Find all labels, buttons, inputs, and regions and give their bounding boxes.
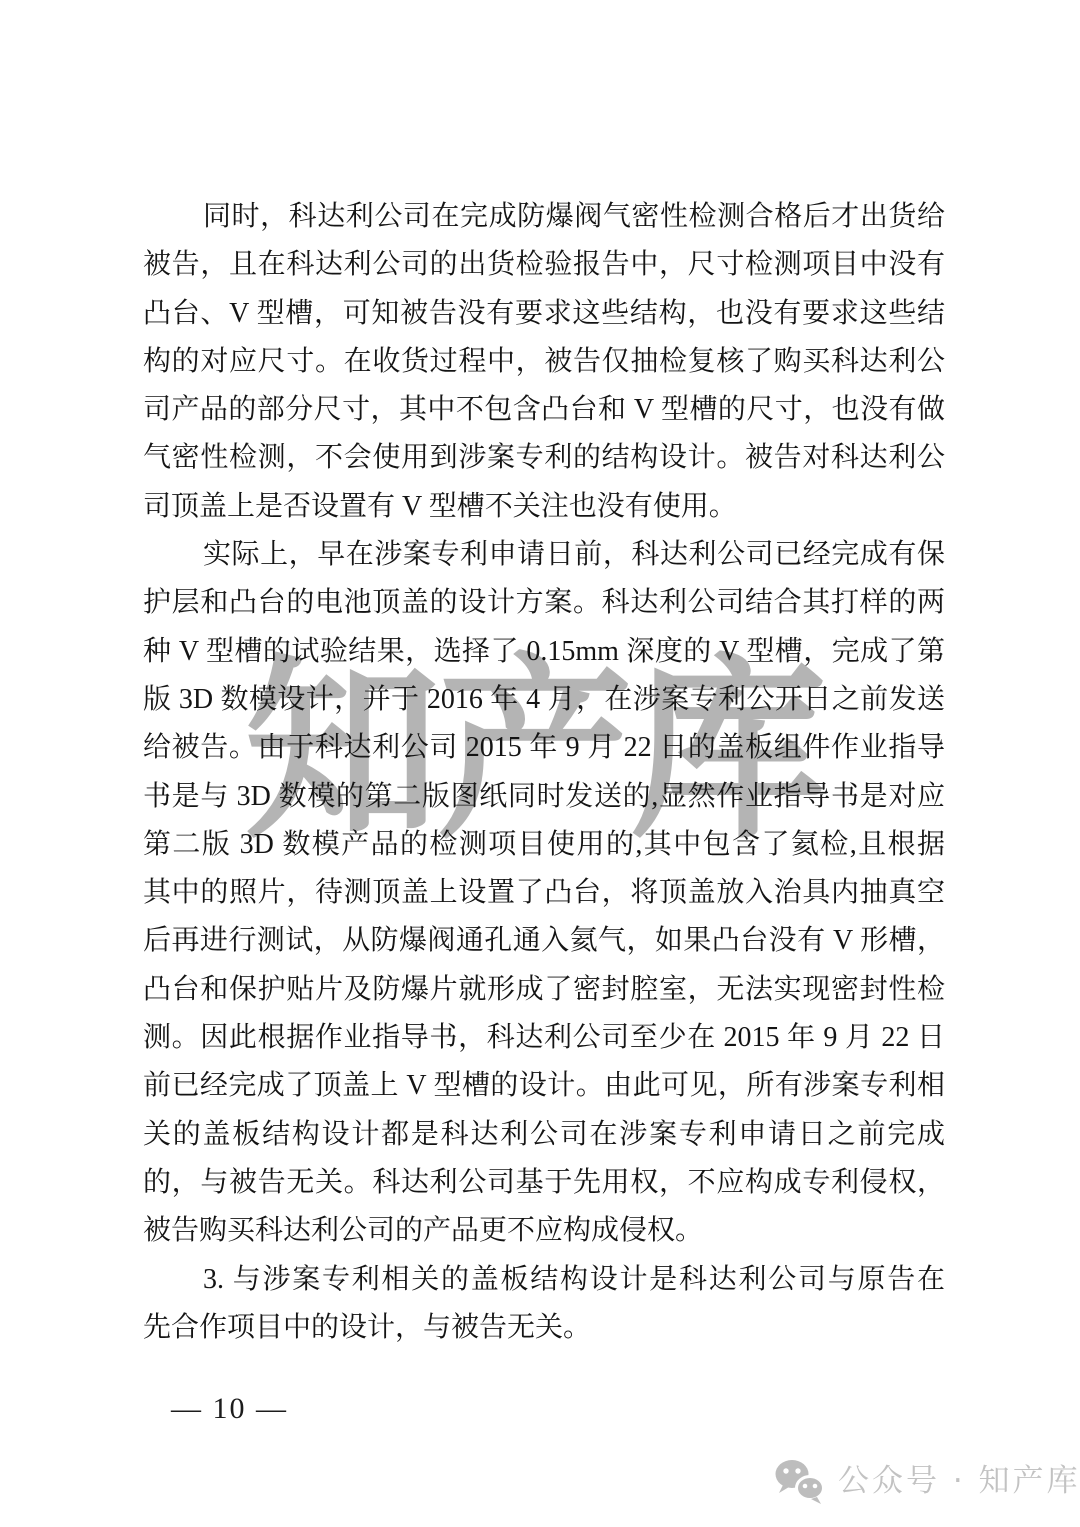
text-line: 第二版 3D 数模产品的检测项目使用的,其中包含了氦检,且根据 [143,821,945,869]
text-line: 实际上，早在涉案专利申请日前，科达利公司已经完成有保 [143,531,945,579]
text-line: 的，与被告无关。科达利公司基于先用权，不应构成专利侵权， [143,1159,945,1207]
text-line: 护层和凸台的电池顶盖的设计方案。科达利公司结合其打样的两 [143,579,945,627]
text-line: 给被告。由于科达利公司 2015 年 9 月 22 日的盖板组件作业指导 [143,724,945,772]
text-line: 测。因此根据作业指导书，科达利公司至少在 2015 年 9 月 22 日 [143,1014,945,1062]
text-line: 构的对应尺寸。在收货过程中，被告仅抽检复核了购买科达利公 [143,338,945,386]
text-line: 种 V 型槽的试验结果，选择了 0.15mm 深度的 V 型槽，完成了第二 [143,628,945,676]
text-line: 气密性检测，不会使用到涉案专利的结构设计。被告对科达利公 [143,434,945,482]
text-line: 同时，科达利公司在完成防爆阀气密性检测合格后才出货给 [143,193,945,241]
text-line: 书是与 3D 数模的第二版图纸同时发送的,显然作业指导书是对应 [143,773,945,821]
wechat-icon [774,1458,826,1504]
text-line: 司顶盖上是否设置有 V 型槽不关注也没有使用。 [143,483,945,531]
text-line: 关的盖板结构设计都是科达利公司在涉案专利申请日之前完成 [143,1111,945,1159]
text-line: 版 3D 数模设计，并于 2016 年 4 月，在涉案专利公开日之前发送 [143,676,945,724]
wechat-badge: 公众号 · 知产库 [774,1458,1080,1504]
text-line: 凸台、V 型槽，可知被告没有要求这些结构，也没有要求这些结 [143,290,945,338]
text-line: 司产品的部分尺寸，其中不包含凸台和 V 型槽的尺寸，也没有做 [143,386,945,434]
body-text: 同时，科达利公司在完成防爆阀气密性检测合格后才出货给被告，且在科达利公司的出货检… [143,193,945,1352]
page-number: — 10 — [171,1392,288,1426]
document-page: 知产库 同时，科达利公司在完成防爆阀气密性检测合格后才出货给被告，且在科达利公司… [0,0,1080,1527]
text-line: 3. 与涉案专利相关的盖板结构设计是科达利公司与原告在 [143,1256,945,1304]
text-line: 被告，且在科达利公司的出货检验报告中，尺寸检测项目中没有 [143,241,945,289]
text-line: 先合作项目中的设计，与被告无关。 [143,1304,945,1352]
wechat-label: 公众号 · 知产库 [838,1458,1080,1504]
text-line: 后再进行测试，从防爆阀通孔通入氦气，如果凸台没有 V 形槽， [143,917,945,965]
text-line: 凸台和保护贴片及防爆片就形成了密封腔室，无法实现密封性检 [143,966,945,1014]
text-line: 其中的照片，待测顶盖上设置了凸台，将顶盖放入治具内抽真空 [143,869,945,917]
text-line: 被告购买科达利公司的产品更不应构成侵权。 [143,1207,945,1255]
text-line: 前已经完成了顶盖上 V 型槽的设计。由此可见，所有涉案专利相 [143,1062,945,1110]
